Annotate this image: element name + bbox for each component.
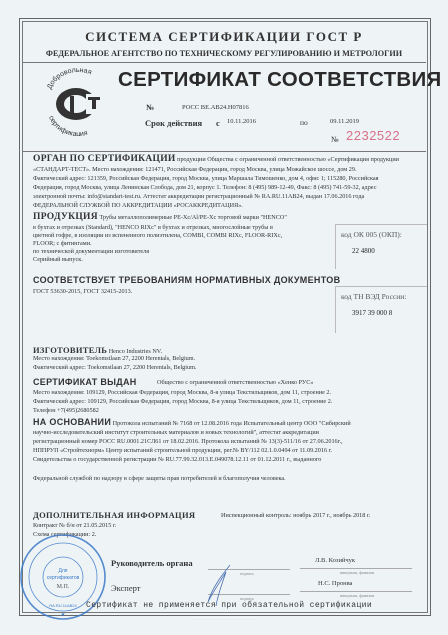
validity-from-label: с xyxy=(216,119,220,127)
manufacturer-actual-address: Фактический адрес: Toekomstlaan 27, 2200… xyxy=(33,364,196,372)
blank-number-label: № xyxy=(331,136,339,144)
manufacturer-label: ИЗГОТОВИТЕЛЬ xyxy=(33,345,107,355)
certificate-title: СЕРТИФИКАТ СООТВЕТСТВИЯ xyxy=(118,68,442,92)
svg-text:Добровольная: Добровольная xyxy=(46,67,92,90)
voluntary-notice: Сертификат не применяется при обязательн… xyxy=(86,602,372,610)
basis-text-1: Протокола испытаний № 7168 от 12.08.2016… xyxy=(113,420,351,427)
expert-name-line xyxy=(300,591,412,592)
product-text-6: Серийный выпуск. xyxy=(33,256,83,264)
title-divider xyxy=(22,151,426,152)
cert-number: РОСС BE.AB24.H07816 xyxy=(182,104,249,112)
tnved-value: 3917 39 000 8 xyxy=(336,301,427,317)
head-of-body-name: Л.В. Козийчук xyxy=(315,557,355,565)
contract-info: Контракт № б/н от 21.05.2015 г. xyxy=(33,522,116,530)
basis-text-2: научно-исследовательский институт строит… xyxy=(33,429,319,437)
cert-number-label: № xyxy=(146,104,154,112)
org-text-2: «СТАНДАРТ-ТЕСТ». Место нахождения: 12147… xyxy=(33,166,357,174)
okp-value: 22 4800 xyxy=(336,239,427,255)
product-label: ПРОДУКЦИЯ xyxy=(33,212,98,222)
additional-info-label: ДОПОЛНИТЕЛЬНАЯ ИНФОРМАЦИЯ xyxy=(33,511,195,519)
agency-heading: ФЕДЕРАЛЬНОЕ АГЕНТСТВО ПО ТЕХНИЧЕСКОМУ РЕ… xyxy=(22,49,426,58)
product-text-1: Трубы металлополимерные PE-Xc/Al/PE-Xc т… xyxy=(99,214,286,221)
inspection-control: Инспекционный контроль: ноябрь 2017 г., … xyxy=(221,512,370,520)
expert-name-caption: инициалы, фамилия xyxy=(340,593,374,598)
svg-text:RA.RU.11AB24: RA.RU.11AB24 xyxy=(49,603,77,608)
validity-label: Срок действия xyxy=(145,119,202,127)
manufacturer-name: Henco Industries NV. xyxy=(109,348,162,355)
tnved-label: код ТН ВЭД России: xyxy=(336,287,427,301)
basis-text-6: Федеральной службой по надзору в сфере з… xyxy=(33,475,286,483)
svg-text:М.П.: М.П. xyxy=(57,584,70,590)
conformity-label: СООТВЕТСТВУЕТ ТРЕБОВАНИЯМ НОРМАТИВНЫХ ДО… xyxy=(33,276,340,284)
basis-label: НА ОСНОВАНИИ xyxy=(33,417,111,427)
issued-to-label: СЕРТИФИКАТ ВЫДАН xyxy=(33,378,137,386)
basis-text-4: НППРУП «Стройтехнорм» Центр испытаний ст… xyxy=(33,447,332,455)
issued-to-phone: Телефон +7(495)2680582 xyxy=(33,407,99,415)
issued-to-actual-address: Фактический адрес: 109129, Российская Фе… xyxy=(33,398,332,406)
tnved-code-box: код ТН ВЭД России: 3917 39 000 8 xyxy=(335,286,427,333)
head-of-body-label: Руководитель органа xyxy=(111,559,193,567)
issued-to-name: Общество с ограниченной ответственностью… xyxy=(157,379,313,387)
manufacturer-location: Место нахождения: Toekomstlaan 27, 2200 … xyxy=(33,355,195,363)
head-name-caption: инициалы, фамилия xyxy=(340,570,374,575)
head-name-line xyxy=(300,568,412,569)
org-text-5: электронной почты: info@standart-test.ru… xyxy=(33,193,364,201)
issued-to-location: Место нахождения: 109129, Российская Фед… xyxy=(33,389,331,397)
expert-label: Эксперт xyxy=(111,584,140,592)
svg-text:Для: Для xyxy=(58,568,67,574)
validity-from-date: 10.11.2016 xyxy=(227,118,256,126)
org-label: ОРГАН ПО СЕРТИФИКАЦИИ xyxy=(33,154,176,164)
svg-text:сертификатов: сертификатов xyxy=(47,575,80,581)
okp-code-box: код ОК 005 (ОКП): 22 4800 xyxy=(335,224,427,269)
org-text-1: продукции Общества с ограниченной ответс… xyxy=(177,156,399,163)
org-text-6: ФЕДЕРАЛЬНОЙ СЛУЖБОЙ ПО АККРЕДИТАЦИИ «РОС… xyxy=(33,202,243,210)
validity-to-label: по xyxy=(300,119,308,127)
okp-label: код ОК 005 (ОКП): xyxy=(336,225,427,239)
validity-to-date: 09.11.2019 xyxy=(330,118,359,126)
expert-name: Н.С. Пронва xyxy=(318,580,352,588)
basis-text-5: Свидетельства о государственной регистра… xyxy=(33,456,321,464)
blank-number: 2232522 xyxy=(346,132,400,140)
head-signature-caption: подпись xyxy=(240,571,254,576)
org-text-4: Федерация, город Москва, улица Ленинская… xyxy=(33,184,376,192)
conformity-text: ГОСТ 53630-2015, ГОСТ 32415-2013. xyxy=(33,288,132,296)
print-footer: · · · · · · · · · · · · · · · · · · · · … xyxy=(0,618,448,622)
system-heading: СИСТЕМА СЕРТИФИКАЦИИ ГОСТ Р xyxy=(22,29,426,45)
rst-logo-icon: Добровольная сертификация xyxy=(40,66,115,136)
org-text-3: Фактический адрес: 121359, Российская Фе… xyxy=(33,175,379,183)
basis-text-3: регистрационный номер РОСС RU.0001.21СЛ6… xyxy=(33,438,343,446)
header-divider xyxy=(22,62,426,63)
